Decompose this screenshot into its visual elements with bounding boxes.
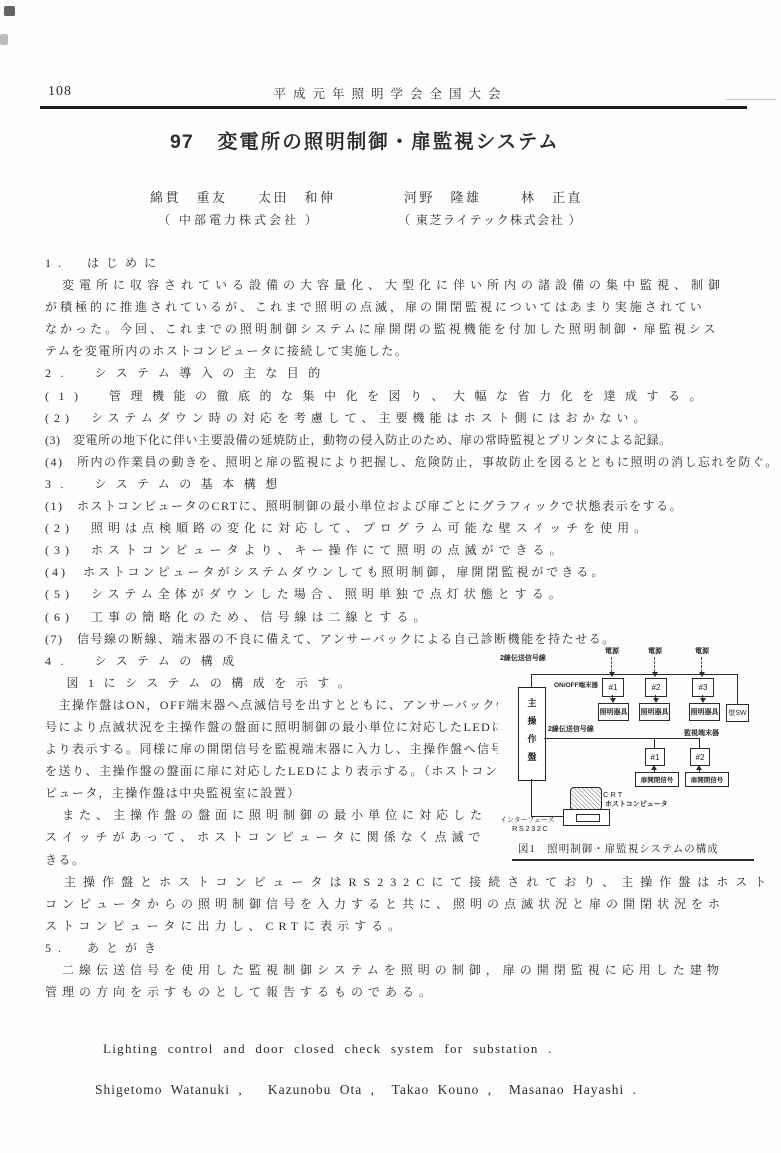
bus1-label: 2線伝送信号線 bbox=[500, 655, 546, 663]
disk-slot-icon bbox=[576, 814, 600, 822]
paper-title: 97変電所の照明制御・扉監視システム bbox=[170, 126, 560, 154]
bus1-line bbox=[531, 674, 737, 675]
door-signal-box: 扉開閉信号 bbox=[635, 772, 679, 787]
terminal-3-box: #3 bbox=[692, 678, 714, 697]
crt-label: CRT bbox=[603, 791, 624, 799]
terminal-2-box: #2 bbox=[645, 678, 667, 697]
caption-underline bbox=[512, 859, 754, 861]
body-line: コンピュータからの照明制御信号を入力すると共に、照明の点滅状況と扉の開閉状況をホ bbox=[45, 893, 765, 915]
list-item: (5) システム全体がダウンした場合、照明単独で点灯状態とする。 bbox=[45, 583, 765, 605]
computer-base-icon bbox=[563, 809, 610, 826]
bus2-label: 2線伝送信号線 bbox=[548, 726, 594, 734]
figure-1-diagram: 2線伝送信号線 電源 電源 電源 主操作盤 ON/OFF端末器 #1 #2 #3… bbox=[498, 646, 780, 864]
list-item: (2) 照明は点検順路の変化に対応して、プログラム可能な壁スイッチを使用。 bbox=[45, 517, 765, 539]
list-item: (3) 変電所の地下化に伴い主要設備の延焼防止，動物の侵入防止のため、扉の常時監… bbox=[45, 429, 765, 451]
power-label: 電源 bbox=[602, 648, 622, 656]
power-label: 電源 bbox=[645, 648, 665, 656]
english-authors: Shigetomo Watanuki , Kazunobu Ota , Taka… bbox=[95, 1082, 637, 1098]
list-item: (3) ホストコンピュータより、キー操作にて照明の点滅ができる。 bbox=[45, 539, 765, 561]
section-heading: 2. システム導入の主な目的 bbox=[45, 362, 765, 384]
section-heading: 5. あとがき bbox=[45, 937, 765, 959]
affiliation: （ 東芝ライテック株式会社 ） bbox=[398, 211, 582, 228]
body-line: 主操作盤とホストコンピュータはRS232Cにて接続されており、主操作盤はホスト bbox=[45, 871, 765, 893]
monitor-terminal-label: 監視端末器 bbox=[684, 730, 719, 738]
paper-title-text: 変電所の照明制御・扉監視システム bbox=[218, 131, 560, 153]
monitor-drop-line bbox=[654, 738, 655, 748]
lighting-fixture-box: 照明器具 bbox=[598, 703, 629, 721]
monitor-terminal-1-box: #1 bbox=[645, 748, 665, 766]
body-line: 変電所に収容されている設備の大容量化、大型化に伴い所内の諸設備の集中監視、制御 bbox=[45, 274, 765, 296]
author-name: 林 正直 bbox=[521, 187, 583, 206]
panel-to-host-line bbox=[531, 779, 532, 817]
crt-monitor-icon bbox=[570, 787, 602, 811]
power-line bbox=[611, 657, 612, 672]
list-item: (4) ホストコンピュータがシステムダウンしても照明制御，扉開閉監視ができる。 bbox=[45, 561, 765, 583]
list-item: (1) ホストコンピュータのCRTに、照明制御の最小単位および扉ごとにグラフィッ… bbox=[45, 495, 765, 517]
body-line: 二線伝送信号を使用した監視制御システムを照明の制御，扉の開閉監視に応用した建物 bbox=[45, 959, 765, 981]
list-item: (6) 工事の簡略化のため、信号線は二線とする。 bbox=[45, 606, 765, 628]
power-line bbox=[654, 657, 655, 672]
body-line: テムを変電所内のホストコンピュータに接続して実施した。 bbox=[45, 340, 765, 362]
author-name: 綿貫 重友 bbox=[150, 187, 228, 206]
scan-artifact-mark bbox=[0, 34, 8, 45]
body-line: 管理の方向を示すものとして報告するものである。 bbox=[45, 981, 765, 1003]
onoff-terminal-label: ON/OFF端末器 bbox=[554, 682, 598, 690]
affiliation: （ 中部電力株式会社 ） bbox=[158, 211, 320, 228]
wall-switch-box: 壁SW bbox=[726, 704, 749, 722]
bus2-line bbox=[544, 738, 699, 739]
power-label: 電源 bbox=[692, 648, 712, 656]
body-text: 1. はじめに 変電所に収容されている設備の大容量化、大型化に伴い所内の諸設備の… bbox=[45, 252, 765, 1003]
paper-number: 97 bbox=[170, 131, 194, 153]
terminal-1-box: #1 bbox=[602, 678, 624, 697]
list-item: (4) 所内の作業員の動きを、照明と扉の監視により把握し、危険防止，事故防止を図… bbox=[45, 451, 765, 473]
document-page: 108 平成元年照明学会全国大会 97変電所の照明制御・扉監視システム 綿貫 重… bbox=[0, 0, 781, 1153]
section-heading: 3. システムの基本構想 bbox=[45, 473, 765, 495]
host-computer-label: ホストコンピュータ bbox=[605, 801, 668, 809]
door-signal-box: 扉開閉信号 bbox=[685, 772, 729, 787]
main-operation-panel-box: 主操作盤 bbox=[518, 687, 546, 781]
list-item: (2) システムダウン時の対応を考慮して、主要機能はホスト側にはおかない。 bbox=[45, 407, 765, 429]
lighting-fixture-box: 照明器具 bbox=[639, 703, 670, 721]
lighting-fixture-box: 照明器具 bbox=[689, 703, 720, 721]
monitor-terminal-2-box: #2 bbox=[690, 748, 710, 766]
section-heading: 1. はじめに bbox=[45, 252, 765, 274]
figure-caption: 図1 照明制御・扉監視システムの構成 bbox=[518, 841, 719, 856]
scan-artifact-mark bbox=[4, 6, 15, 16]
header-rule-fragment bbox=[726, 99, 776, 100]
power-line bbox=[701, 657, 702, 672]
body-line: が積極的に推進されているが、これまで照明の点滅，扉の開閉監視についてはあまり実施… bbox=[45, 296, 765, 318]
body-line: なかった。今回、これまでの照明制御システムに扉開閉の監視機能を付加した照明制御・… bbox=[45, 318, 765, 340]
header-rule bbox=[40, 106, 747, 109]
rs232c-label: RS232C bbox=[512, 825, 549, 833]
monitor-drop-line bbox=[699, 738, 700, 748]
conference-header: 平成元年照明学会全国大会 bbox=[0, 84, 781, 102]
author-name: 太田 和伸 bbox=[258, 187, 336, 206]
body-line: ストコンピュータに出力し、CRTに表示する。 bbox=[45, 915, 765, 937]
author-name: 河野 隆雄 bbox=[404, 187, 482, 206]
panel-top-connector bbox=[531, 674, 532, 687]
wallsw-drop-line bbox=[737, 674, 738, 704]
english-title: Lighting control and door closed check s… bbox=[103, 1041, 553, 1057]
list-item: (1) 管理機能の徹底的な集中化を図り、大幅な省力化を達成する。 bbox=[45, 385, 765, 407]
